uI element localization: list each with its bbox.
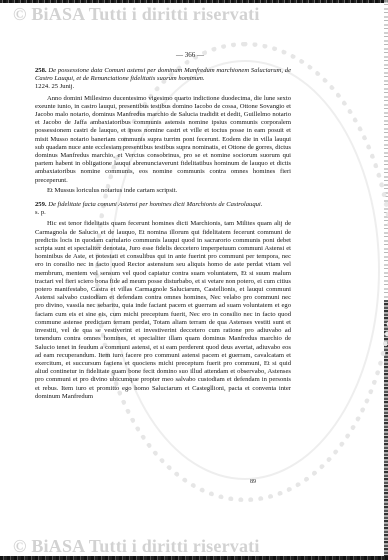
scan-right-edge-dark [384, 300, 388, 560]
page-number: — 366 — [150, 51, 230, 59]
entry-259: 259. De fidelitate facta comuni Astensi … [35, 201, 291, 401]
entry-title: De possessione data Comuni astensi per d… [35, 67, 291, 82]
notary-signature: Et Mussus loriculus notarius inde cartam… [35, 187, 291, 195]
copyright-watermark-top: © BiASA Tutti i diritti riservati [13, 4, 260, 25]
entry-heading: 259. De fidelitate facta comuni Astensi … [35, 201, 291, 217]
document-body: 258. De possessione data Comuni astensi … [35, 67, 291, 403]
entry-paragraph: Anno domini Millesimo ducentesimo vigesi… [35, 95, 291, 185]
copyright-watermark-bottom: © BiASA Tutti i diritti riservati [13, 536, 260, 557]
entry-number: 258. [35, 67, 47, 74]
scan-top-edge [0, 0, 388, 3]
entry-number: 259. [35, 201, 47, 208]
entry-date: 1224. 25 Junij. [35, 83, 291, 91]
entry-title: De fidelitate facta comuni Astensi per h… [48, 201, 262, 208]
entry-paragraph: Hic est tenor fidelitatis quam fecerunt … [35, 220, 291, 400]
signature-mark: 89 [250, 479, 256, 485]
entry-date: s. p. [35, 209, 291, 217]
entry-heading: 258. De possessione data Comuni astensi … [35, 67, 291, 92]
entry-258: 258. De possessione data Comuni astensi … [35, 67, 291, 195]
